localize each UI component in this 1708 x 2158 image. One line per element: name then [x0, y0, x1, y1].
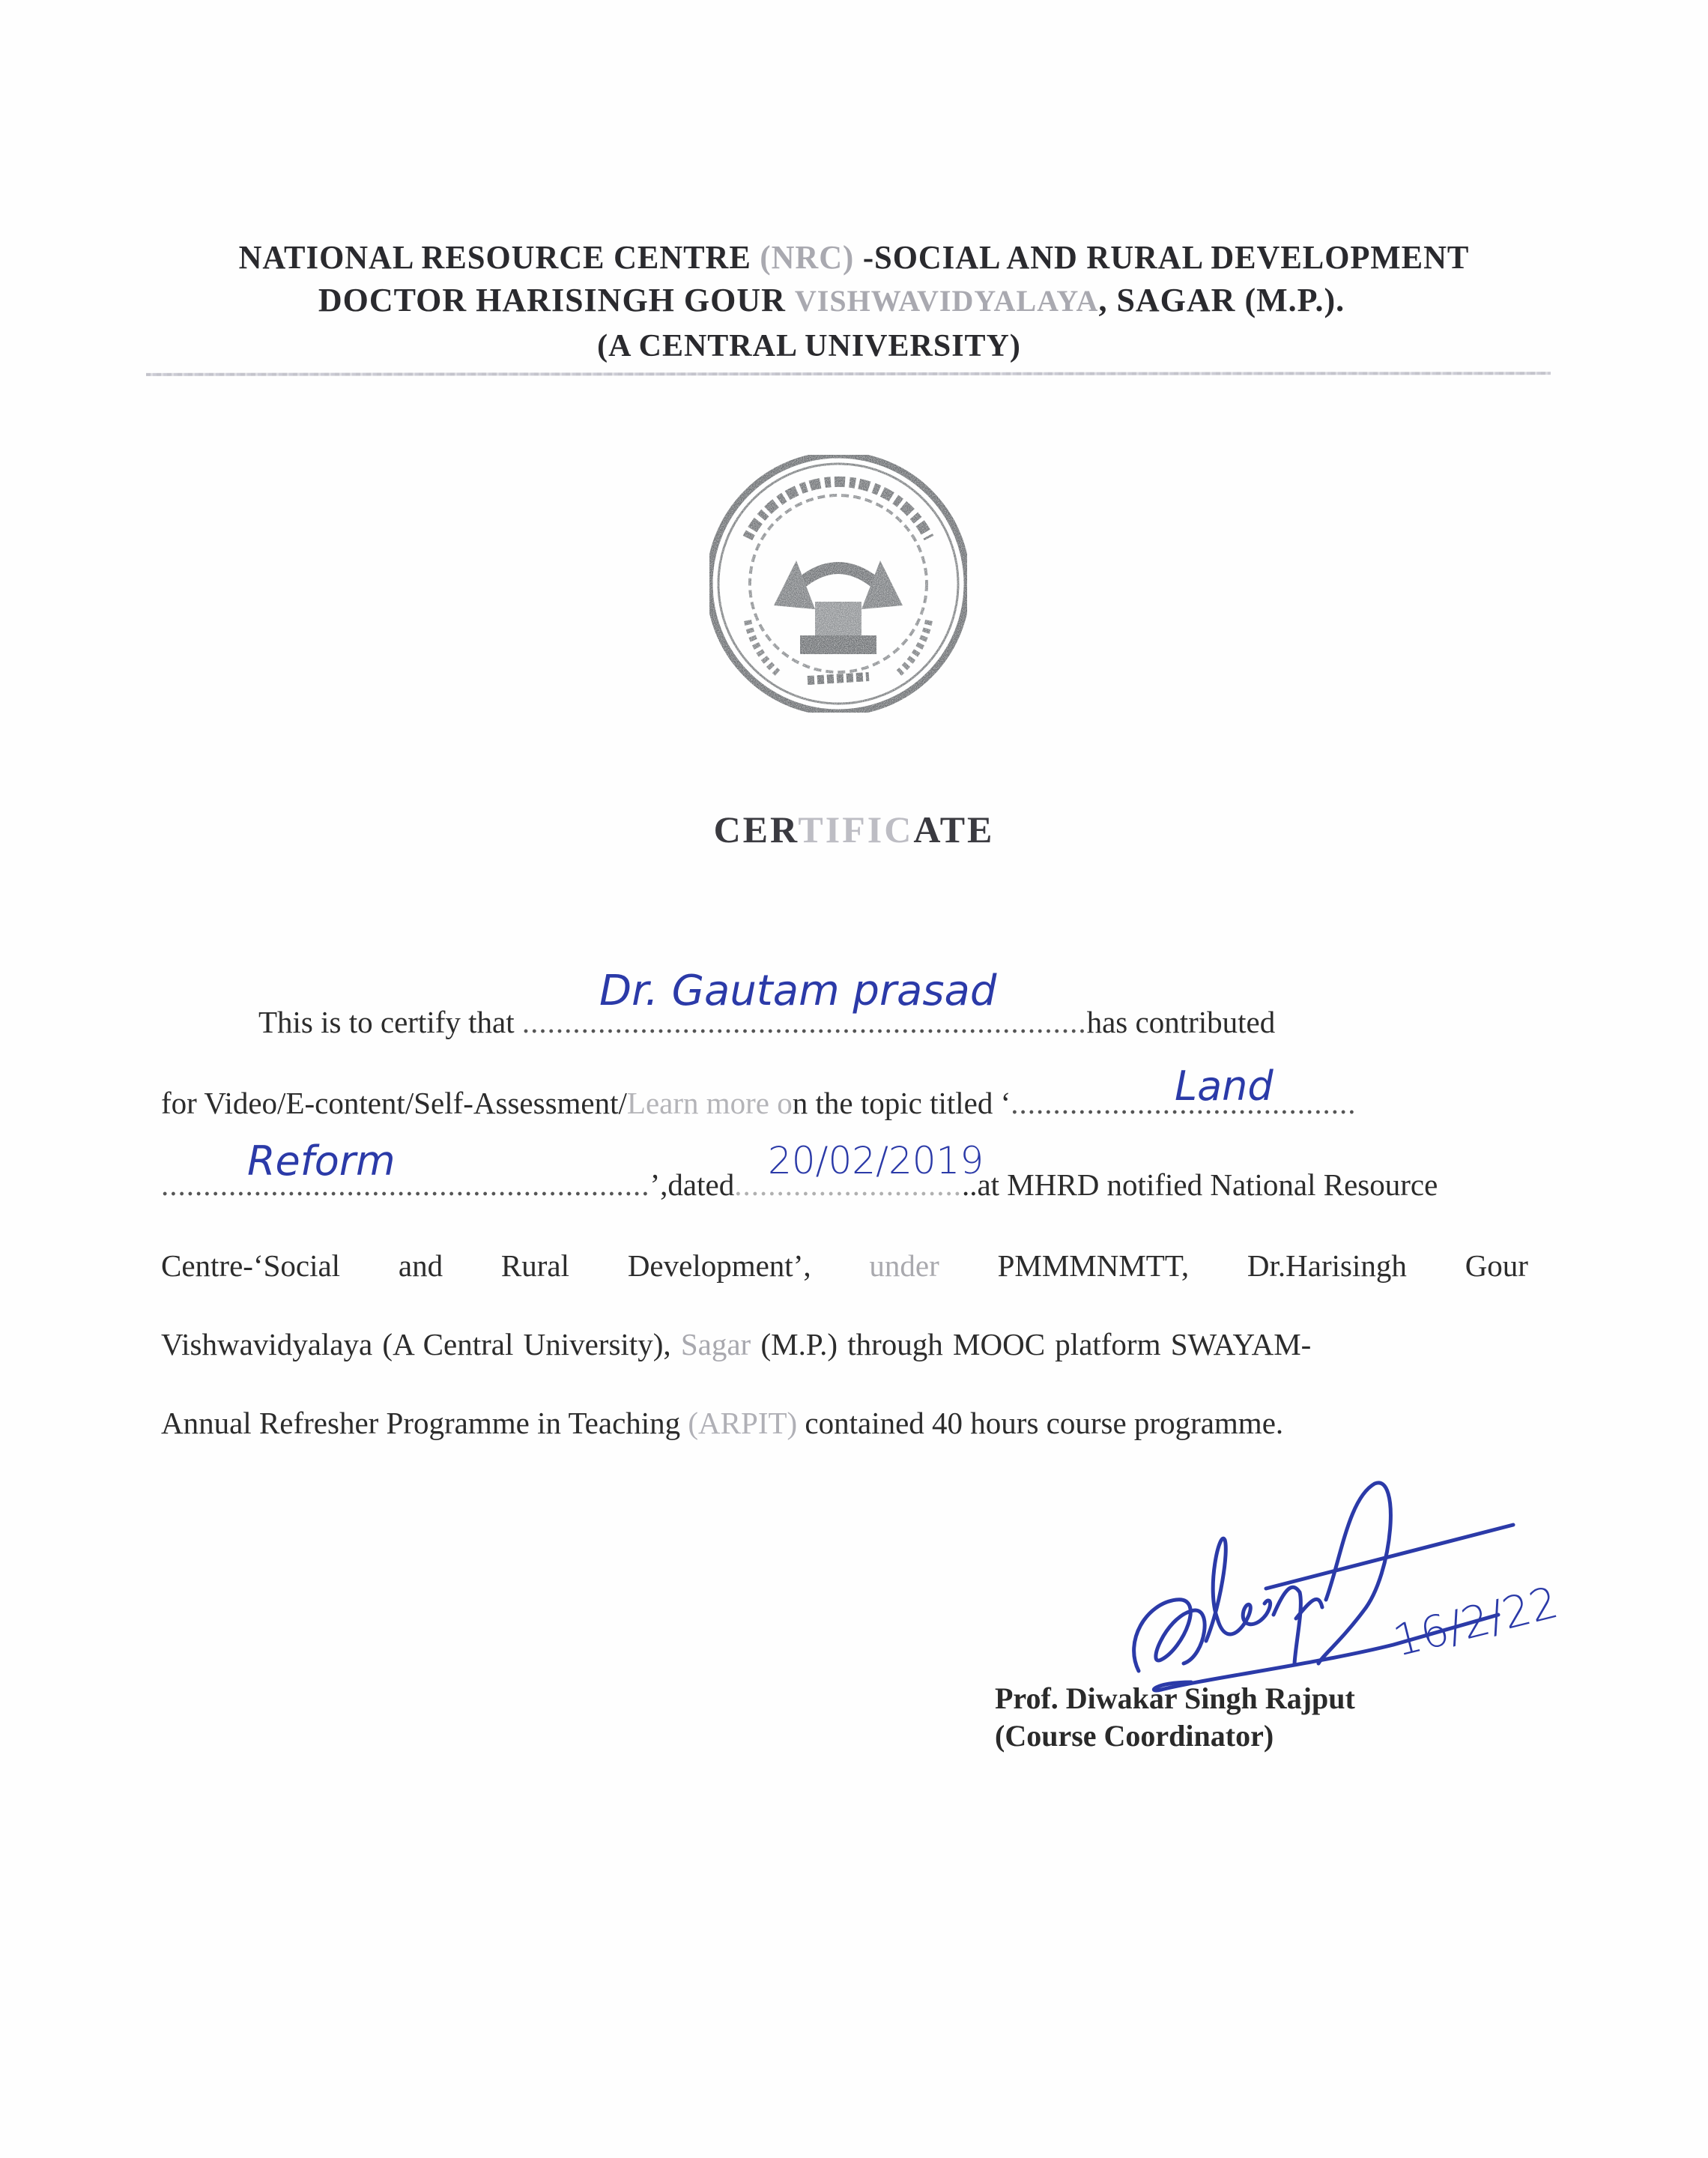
body-line-6-b: contained 40 hours course programme. — [797, 1406, 1283, 1440]
body-line-4-word: Development’, — [628, 1248, 811, 1284]
body-line-5: Vishwavidyalaya (A Central University), … — [161, 1326, 1517, 1362]
body-line-3-suffix: ..at MHRD notified National Resource — [962, 1167, 1438, 1202]
handwritten-name: Dr. Gautam prasad — [599, 967, 996, 1015]
header-line-2: DOCTOR HARISINGH GOUR VISHWAVIDYALAYA, S… — [0, 281, 1686, 319]
body-line-4-word: PMMMNMTT, — [998, 1248, 1190, 1284]
header-line-1: NATIONAL RESOURCE CENTRE (NRC) -SOCIAL A… — [25, 238, 1683, 276]
topic-field-dots-2: ........................................… — [161, 1167, 650, 1202]
header-line-2-text-end: , SAGAR (M.P.). — [1098, 282, 1345, 318]
body-line-4-word: Gour — [1465, 1248, 1528, 1284]
body-line-2-faded: Learn more o — [627, 1086, 793, 1120]
handwritten-topic-1: Land — [1175, 1063, 1274, 1110]
handwritten-topic-2: Reform — [247, 1137, 396, 1185]
body-line-6-a: Annual Refresher Programme in Teaching — [161, 1406, 688, 1440]
signatory-name: Prof. Diwakar Singh Rajput — [995, 1680, 1355, 1717]
body-line-4-word: Dr.Harisingh — [1247, 1248, 1407, 1284]
body-line-2-prefix: for Video/E-content/Self-Assessment/ — [161, 1086, 627, 1120]
title-part-1: CER — [714, 809, 799, 850]
body-line-4-word: Centre-‘Social — [161, 1248, 340, 1284]
header-line-2-faded: VISHWAVIDYALAYA — [795, 284, 1099, 318]
body-line-5-b: (M.P.) through MOOC platform SWAYAM- — [751, 1327, 1311, 1361]
header-divider — [146, 372, 1551, 376]
name-field-dots: ........ — [522, 1005, 590, 1039]
body-line-2: for Video/E-content/Self-Assessment/Lear… — [161, 1085, 1528, 1121]
body-line-1-suffix: has contributed — [1087, 1005, 1276, 1039]
body-line-6: Annual Refresher Programme in Teaching (… — [161, 1405, 1528, 1441]
title-faded: TIFIC — [798, 809, 913, 850]
body-line-5-a: Vishwavidyalaya (A Central University), — [161, 1327, 681, 1361]
dated-label: ’,dated — [650, 1167, 735, 1202]
certificate-title: CERTIFICATE — [0, 808, 1708, 851]
signatory-role: (Course Coordinator) — [995, 1717, 1355, 1755]
header-line-2-text: DOCTOR HARISINGH GOUR — [318, 282, 795, 318]
certificate-page: NATIONAL RESOURCE CENTRE (NRC) -SOCIAL A… — [0, 0, 1708, 2158]
body-line-4-word: under — [869, 1248, 939, 1284]
header-line-1-text-end: -SOCIAL AND RURAL DEVELOPMENT — [854, 239, 1469, 276]
header-line-1-text: NATIONAL RESOURCE CENTRE — [239, 239, 760, 276]
body-line-6-faded: (ARPIT) — [688, 1406, 797, 1440]
header-line-3: (A CENTRAL UNIVERSITY) — [0, 328, 1663, 364]
title-part-2: ATE — [913, 809, 994, 850]
university-seal-icon — [703, 448, 974, 719]
body-line-4: Centre-‘SocialandRuralDevelopment’,under… — [161, 1248, 1528, 1284]
header-line-1-faded: (NRC) — [760, 239, 854, 276]
body-line-1-prefix: This is to certify that — [258, 1005, 522, 1039]
body-line-4-word: Rural — [501, 1248, 569, 1284]
handwritten-date: 20/02/2019 — [768, 1139, 984, 1182]
body-line-5-faded: Sagar — [681, 1327, 751, 1361]
signatory-block: Prof. Diwakar Singh Rajput (Course Coord… — [995, 1680, 1355, 1755]
body-line-2-mid: n the topic titled ‘ — [793, 1086, 1011, 1120]
body-line-4-word: and — [399, 1248, 443, 1284]
